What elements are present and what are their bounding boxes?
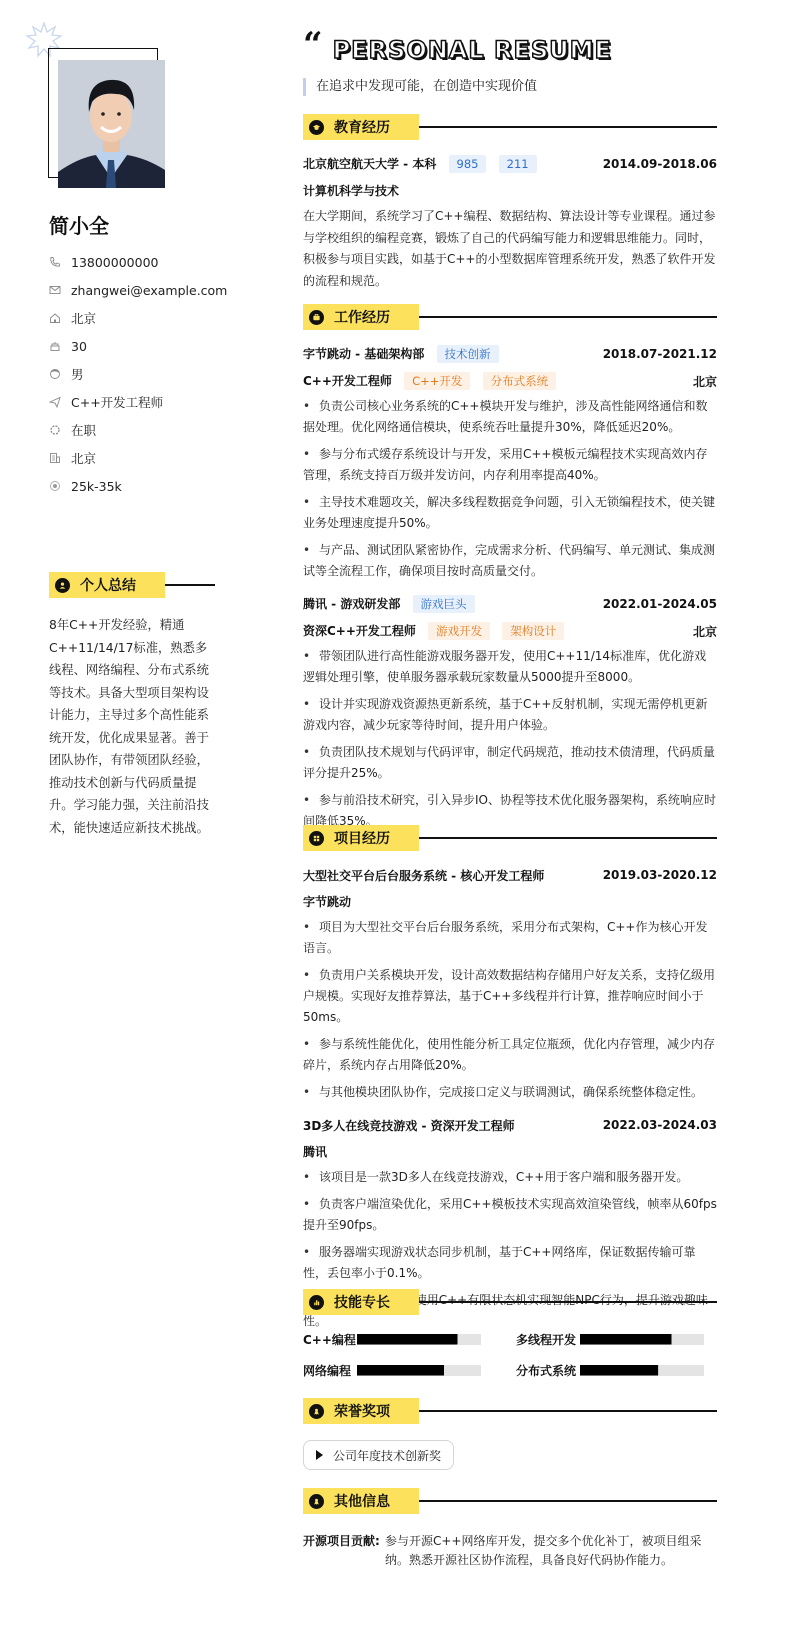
skill-bar xyxy=(580,1334,704,1345)
project-company: 字节跳动 xyxy=(303,892,717,912)
phone-icon xyxy=(49,256,61,268)
education-section: 教育经历 北京航空航天大学 - 本科 985 211 2014.09-2018.… xyxy=(303,114,717,292)
home-value: 北京 xyxy=(71,309,96,327)
job-company: 字节跳动 - 基础架构部 xyxy=(303,347,424,361)
project-period: 2019.03-2020.12 xyxy=(603,868,717,882)
company-badge: 游戏巨头 xyxy=(413,595,475,613)
candidate-name: 简小全 xyxy=(49,210,109,239)
projects-section-header: 项目经历 xyxy=(303,825,717,851)
job-role-row: C++开发工程师 C++开发 分布式系统 北京 xyxy=(303,371,717,391)
work-title: 工作经历 xyxy=(334,307,390,327)
other-item: 开源项目贡献: 参与开源C++网络库开发，提交多个优化补丁，被项目组采纳。熟悉开… xyxy=(303,1532,717,1570)
bullet-item: 负责公司核心业务系统的C++模块开发与维护，涉及高性能网络通信和数据处理。优化网… xyxy=(303,396,717,438)
awards-section-header: 荣誉奖项 xyxy=(303,1398,717,1424)
other-title: 其他信息 xyxy=(334,1491,390,1511)
job-bullets: 带领团队进行高性能游戏服务器开发，使用C++11/14标准库，优化游戏逻辑处理引… xyxy=(303,646,717,832)
award-name: 公司年度技术创新奖 xyxy=(333,1447,441,1464)
work-section-tag: 工作经历 xyxy=(303,304,419,330)
salary-icon xyxy=(49,480,61,492)
city-value: 北京 xyxy=(71,449,96,467)
bullet-item: 负责客户端渲染优化，采用C++模板技术实现高效渲染管线，帧率从60fps提升至9… xyxy=(303,1194,717,1236)
info-home: 北京 xyxy=(49,304,227,332)
bullet-item: 项目为大型社交平台后台服务系统，采用分布式架构，C++作为核心开发语言。 xyxy=(303,917,717,959)
bullet-item: 带领团队进行高性能游戏服务器开发，使用C++11/14标准库，优化游戏逻辑处理引… xyxy=(303,646,717,688)
skills-grid: C++编程 多线程开发 网络编程 分布式系统 xyxy=(303,1329,717,1380)
bullet-item: 该项目是一款3D多人在线竞技游戏，C++用于客户端和服务器开发。 xyxy=(303,1167,717,1188)
company-badge: 技术创新 xyxy=(437,345,499,363)
skill-item: 分布式系统 xyxy=(516,1360,717,1380)
skill-item: C++编程 xyxy=(303,1329,516,1349)
job-period: 2018.07-2021.12 xyxy=(603,347,717,361)
skill-bar xyxy=(357,1365,481,1376)
section-divider xyxy=(419,126,717,128)
award-item: 公司年度技术创新奖 xyxy=(303,1440,454,1470)
project-company: 腾讯 xyxy=(303,1142,717,1162)
summary-section-header: 个人总结 xyxy=(49,572,215,598)
bar-chart-icon xyxy=(309,1295,324,1310)
section-divider xyxy=(165,584,215,586)
section-divider xyxy=(419,1301,717,1303)
skill-name: 网络编程 xyxy=(303,1362,357,1379)
other-section-header: 其他信息 xyxy=(303,1488,717,1514)
building-icon xyxy=(49,452,61,464)
job-role: C++开发工程师 xyxy=(303,374,392,388)
status-icon xyxy=(49,424,61,436)
job-company-line: 字节跳动 - 基础架构部 技术创新 xyxy=(303,345,499,363)
skills-section-tag: 技能专长 xyxy=(303,1289,419,1315)
skill-fill xyxy=(357,1334,457,1345)
skills-title: 技能专长 xyxy=(334,1292,390,1312)
summary-text: 8年C++开发经验，精通C++11/14/17标准，熟悉多线程、网络编程、分布式… xyxy=(49,614,214,839)
info-age: 30 xyxy=(49,332,227,360)
skill-name: 分布式系统 xyxy=(516,1362,580,1379)
awards-title: 荣誉奖项 xyxy=(334,1401,390,1421)
status-value: 在职 xyxy=(71,421,96,439)
job-location: 北京 xyxy=(693,373,717,390)
bullet-item: 参与分布式缓存系统设计与开发，采用C++模板元编程技术实现高效内存管理，系统支持… xyxy=(303,444,717,486)
bullet-item: 与其他模块团队协作，完成接口定义与联调测试，确保系统整体稳定性。 xyxy=(303,1082,717,1103)
info-phone: 13800000000 xyxy=(49,248,227,276)
skill-fill xyxy=(580,1365,658,1376)
role-badge: 游戏开发 xyxy=(428,622,490,640)
summary-section-tag: 个人总结 xyxy=(49,572,165,598)
job-role-line: 资深C++开发工程师 游戏开发 架构设计 xyxy=(303,622,564,640)
play-triangle-icon xyxy=(316,1450,323,1460)
work-section-header: 工作经历 xyxy=(303,304,717,330)
badge-985: 985 xyxy=(449,155,487,173)
project-name: 大型社交平台后台服务系统 - 核心开发工程师 xyxy=(303,867,544,884)
skills-section: 技能专长 C++编程 多线程开发 网络编程 分布式系统 xyxy=(303,1289,717,1380)
skill-item: 多线程开发 xyxy=(516,1329,717,1349)
project-header-row: 3D多人在线竞技游戏 - 资深开发工程师 2022.03-2024.03 xyxy=(303,1115,717,1135)
project-entry: 大型社交平台后台服务系统 - 核心开发工程师 2019.03-2020.12 字… xyxy=(303,865,717,1103)
briefcase-icon xyxy=(309,310,324,325)
role-badge: C++开发 xyxy=(404,372,470,390)
job-header-row: 腾讯 - 游戏研发部 游戏巨头 2022.01-2024.05 xyxy=(303,594,717,614)
education-period: 2014.09-2018.06 xyxy=(603,157,717,171)
email-value: zhangwei@example.com xyxy=(71,283,227,298)
contact-info-list: 13800000000 zhangwei@example.com 北京 30 男… xyxy=(49,248,227,500)
user-icon xyxy=(55,578,70,593)
job-role-row: 资深C++开发工程师 游戏开发 架构设计 北京 xyxy=(303,621,717,641)
job-header-row: 字节跳动 - 基础架构部 技术创新 2018.07-2021.12 xyxy=(303,344,717,364)
send-icon xyxy=(49,396,61,408)
bullet-item: 服务器端实现游戏状态同步机制，基于C++网络库，保证数据传输可靠性，丢包率小于0… xyxy=(303,1242,717,1284)
info-email: zhangwei@example.com xyxy=(49,276,227,304)
awards-section-tag: 荣誉奖项 xyxy=(303,1398,419,1424)
award-icon xyxy=(309,1404,324,1419)
home-icon xyxy=(49,312,61,324)
project-name: 3D多人在线竞技游戏 - 资深开发工程师 xyxy=(303,1117,515,1134)
section-divider xyxy=(419,316,717,318)
section-divider xyxy=(419,837,717,839)
info-salary: 25k-35k xyxy=(49,472,227,500)
job-role: 资深C++开发工程师 xyxy=(303,624,416,638)
info-gender: 男 xyxy=(49,360,227,388)
education-title: 教育经历 xyxy=(334,117,390,137)
bullet-item: 与产品、测试团队紧密协作，完成需求分析、代码编写、单元测试、集成测试等全流程工作… xyxy=(303,540,717,582)
other-label: 开源项目贡献: xyxy=(303,1532,385,1570)
awards-section: 荣誉奖项 公司年度技术创新奖 xyxy=(303,1398,717,1470)
mail-icon xyxy=(49,284,61,296)
skill-item: 网络编程 xyxy=(303,1360,516,1380)
resume-title: “ PERSONAL RESUME xyxy=(303,30,612,70)
bullet-item: 设计并实现游戏资源热更新系统，基于C++反射机制，实现无需停机更新游戏内容，减少… xyxy=(303,694,717,736)
phone-value: 13800000000 xyxy=(71,255,158,270)
info-status: 在职 xyxy=(49,416,227,444)
other-section-tag: 其他信息 xyxy=(303,1488,419,1514)
role-badge: 分布式系统 xyxy=(483,372,557,390)
education-description: 在大学期间，系统学习了C++编程、数据结构、算法设计等专业课程。通过参与学校组织… xyxy=(303,206,717,292)
education-school-line: 北京航空航天大学 - 本科 985 211 xyxy=(303,155,537,173)
skills-section-header: 技能专长 xyxy=(303,1289,717,1315)
skill-name: 多线程开发 xyxy=(516,1331,580,1348)
job-company-line: 腾讯 - 游戏研发部 游戏巨头 xyxy=(303,595,475,613)
skill-fill xyxy=(580,1334,672,1345)
position-value: C++开发工程师 xyxy=(71,393,163,411)
education-major: 计算机科学与技术 xyxy=(303,181,717,201)
info-award-icon xyxy=(309,1494,324,1509)
age-value: 30 xyxy=(71,339,87,354)
school-name: 北京航空航天大学 - 本科 xyxy=(303,157,436,171)
education-section-tag: 教育经历 xyxy=(303,114,419,140)
summary-title: 个人总结 xyxy=(80,575,136,595)
project-bullets: 项目为大型社交平台后台服务系统，采用分布式架构，C++作为核心开发语言。 负责用… xyxy=(303,917,717,1103)
avatar xyxy=(58,60,165,188)
job-location: 北京 xyxy=(693,623,717,640)
bullet-item: 参与系统性能优化，使用性能分析工具定位瓶颈，优化内存管理，减少内存碎片，系统内存… xyxy=(303,1034,717,1076)
bullet-item: 负责用户关系模块开发，设计高效数据结构存储用户好友关系，支持亿级用户规模。实现好… xyxy=(303,965,717,1028)
skill-name: C++编程 xyxy=(303,1331,357,1348)
job-entry: 字节跳动 - 基础架构部 技术创新 2018.07-2021.12 C++开发工… xyxy=(303,344,717,582)
quote-mark-icon: “ xyxy=(303,30,323,60)
skill-bar xyxy=(580,1365,704,1376)
skill-fill xyxy=(357,1365,444,1376)
info-city: 北京 xyxy=(49,444,227,472)
grid-icon xyxy=(309,831,324,846)
projects-title: 项目经历 xyxy=(334,828,390,848)
job-role-line: C++开发工程师 C++开发 分布式系统 xyxy=(303,372,556,390)
graduation-cap-icon xyxy=(309,120,324,135)
job-period: 2022.01-2024.05 xyxy=(603,597,717,611)
education-section-header: 教育经历 xyxy=(303,114,717,140)
badge-211: 211 xyxy=(499,155,537,173)
age-icon xyxy=(49,340,61,352)
gender-value: 男 xyxy=(71,365,84,383)
salary-value: 25k-35k xyxy=(71,479,122,494)
title-text: PERSONAL RESUME xyxy=(333,30,612,70)
project-header-row: 大型社交平台后台服务系统 - 核心开发工程师 2019.03-2020.12 xyxy=(303,865,717,885)
section-divider xyxy=(419,1410,717,1412)
skill-bar xyxy=(357,1334,481,1345)
work-section: 工作经历 字节跳动 - 基础架构部 技术创新 2018.07-2021.12 C… xyxy=(303,304,717,838)
job-bullets: 负责公司核心业务系统的C++模块开发与维护，涉及高性能网络通信和数据处理。优化网… xyxy=(303,396,717,582)
job-company: 腾讯 - 游戏研发部 xyxy=(303,597,400,611)
role-badge: 架构设计 xyxy=(502,622,564,640)
section-divider xyxy=(419,1500,717,1502)
sidebar: 简小全 13800000000 zhangwei@example.com 北京 … xyxy=(0,0,270,1629)
motto: 在追求中发现可能，在创造中实现价值 xyxy=(303,78,537,96)
project-period: 2022.03-2024.03 xyxy=(603,1118,717,1132)
other-section: 其他信息 开源项目贡献: 参与开源C++网络库开发，提交多个优化补丁，被项目组采… xyxy=(303,1488,717,1570)
other-value: 参与开源C++网络库开发，提交多个优化补丁，被项目组采纳。熟悉开源社区协作流程，… xyxy=(385,1532,717,1570)
gender-icon xyxy=(49,368,61,380)
job-entry: 腾讯 - 游戏研发部 游戏巨头 2022.01-2024.05 资深C++开发工… xyxy=(303,594,717,832)
info-position: C++开发工程师 xyxy=(49,388,227,416)
projects-section: 项目经历 大型社交平台后台服务系统 - 核心开发工程师 2019.03-2020… xyxy=(303,825,717,1338)
projects-section-tag: 项目经历 xyxy=(303,825,419,851)
bullet-item: 主导技术难题攻关，解决多线程数据竞争问题，引入无锁编程技术，使关键业务处理速度提… xyxy=(303,492,717,534)
education-header-row: 北京航空航天大学 - 本科 985 211 2014.09-2018.06 xyxy=(303,154,717,174)
awards-list: 公司年度技术创新奖 xyxy=(303,1440,717,1470)
bullet-item: 负责团队技术规划与代码评审，制定代码规范，推动技术债清理，代码质量评分提升25%… xyxy=(303,742,717,784)
